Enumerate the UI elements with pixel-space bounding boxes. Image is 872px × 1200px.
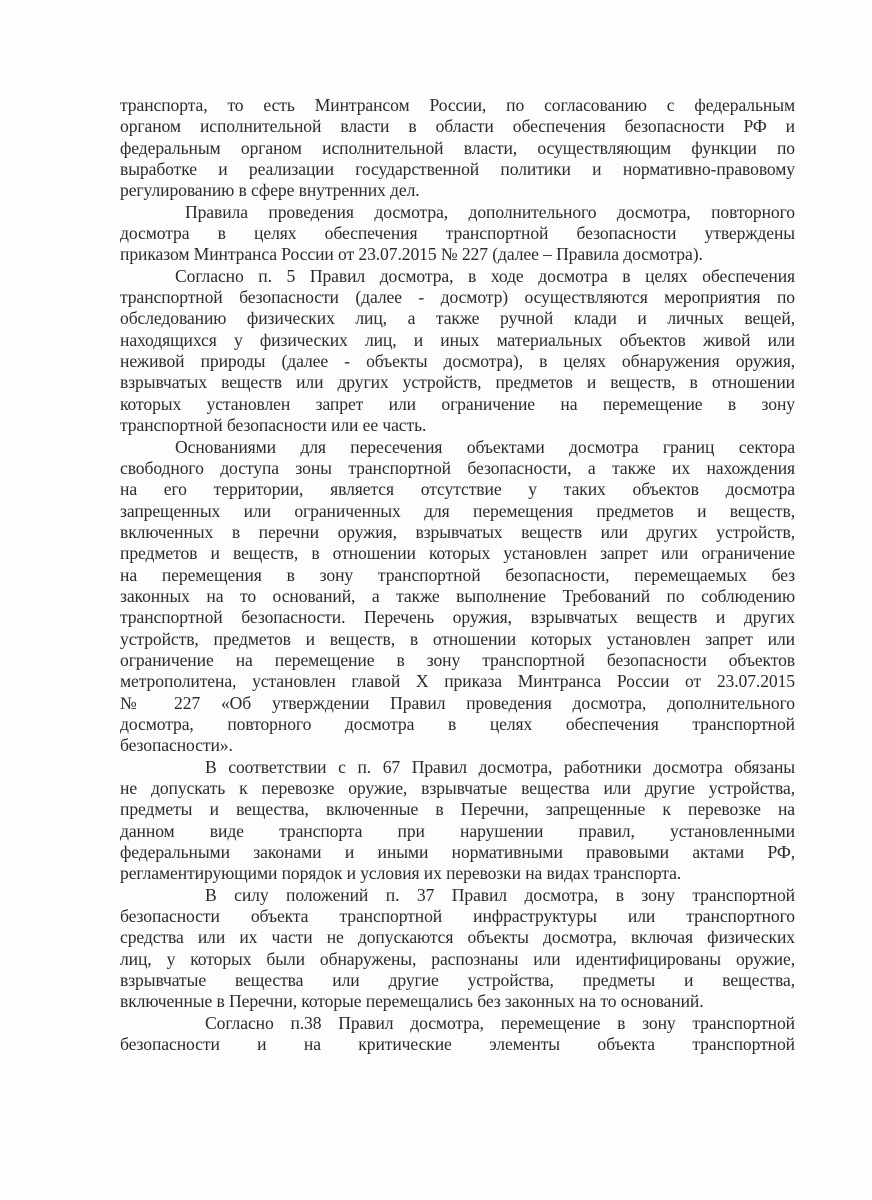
text-line: регламентирующими порядок и условия их п… (120, 863, 795, 884)
text-line: транспортной безопасности или ее часть. (120, 415, 795, 436)
text-line: № 227 «Об утверждении Правил проведения … (120, 693, 795, 714)
text-line: средства или их части не допускаются объ… (120, 927, 795, 948)
text-line: свободного доступа зоны транспортной без… (120, 458, 795, 479)
paragraph-4: В соответствии с п. 67 Правил досмотра, … (120, 757, 795, 885)
text-line: на перемещения в зону транспортной безоп… (120, 565, 795, 586)
text-line: запрещенных или ограниченных для перемещ… (120, 501, 795, 522)
text-line: взрывчатых веществ или других устройств,… (120, 372, 795, 393)
scanned-document-page: транспорта, то есть Минтрансом России, п… (0, 0, 872, 1200)
text-line: транспортной безопасности. Перечень оруж… (120, 607, 795, 628)
paragraph-2: Согласно п. 5 Правил досмотра, в ходе до… (120, 266, 795, 437)
text-line: включенные в Перечни, которые перемещали… (120, 991, 795, 1012)
document-body: транспорта, то есть Минтрансом России, п… (120, 95, 795, 1055)
text-line: предметы и вещества, включенные в Перечн… (120, 799, 795, 820)
paragraph-3: Основаниями для пересечения объектами до… (120, 437, 795, 757)
text-line: безопасности и на критические элементы о… (120, 1034, 795, 1055)
text-line: метрополитена, установлен главой X прика… (120, 671, 795, 692)
text-line: Правила проведения досмотра, дополнитель… (120, 202, 795, 223)
text-line: В силу положений п. 37 Правил досмотра, … (120, 885, 795, 906)
text-line: Согласно п. 5 Правил досмотра, в ходе до… (120, 266, 795, 287)
text-line: лиц, у которых были обнаружены, распозна… (120, 949, 795, 970)
text-line: предметов и веществ, в отношении которых… (120, 543, 795, 564)
text-line: досмотра, повторного досмотра в целях об… (120, 714, 795, 735)
text-line: Основаниями для пересечения объектами до… (120, 437, 795, 458)
text-line: органом исполнительной власти в области … (120, 116, 795, 137)
text-line: которых установлен запрет или ограничени… (120, 394, 795, 415)
text-line: включенных в перечни оружия, взрывчатых … (120, 522, 795, 543)
text-line: взрывчатые вещества или другие устройств… (120, 970, 795, 991)
text-line: ограничение на перемещение в зону трансп… (120, 650, 795, 671)
text-line: регулированию в сфере внутренних дел. (120, 180, 795, 201)
text-line: устройств, предметов и веществ, в отноше… (120, 629, 795, 650)
text-line: безопасности». (120, 735, 795, 756)
paragraph-0: транспорта, то есть Минтрансом России, п… (120, 95, 795, 202)
text-line: выработке и реализации государственной п… (120, 159, 795, 180)
text-line: федеральными законами и иными нормативны… (120, 842, 795, 863)
text-line: обследованию физических лиц, а также руч… (120, 308, 795, 329)
text-line: данном виде транспорта при нарушении пра… (120, 821, 795, 842)
text-line: не допускать к перевозке оружие, взрывча… (120, 778, 795, 799)
text-line: Согласно п.38 Правил досмотра, перемещен… (120, 1013, 795, 1034)
text-line: безопасности объекта транспортной инфрас… (120, 906, 795, 927)
text-line: транспорта, то есть Минтрансом России, п… (120, 95, 795, 116)
text-line: В соответствии с п. 67 Правил досмотра, … (120, 757, 795, 778)
text-line: на его территории, является отсутствие у… (120, 479, 795, 500)
text-line: законных на то оснований, а также выполн… (120, 586, 795, 607)
text-line: федеральным органом исполнительной власт… (120, 138, 795, 159)
paragraph-6: Согласно п.38 Правил досмотра, перемещен… (120, 1013, 795, 1056)
text-line: находящихся у физических лиц, и иных мат… (120, 330, 795, 351)
paragraph-1: Правила проведения досмотра, дополнитель… (120, 202, 795, 266)
text-line: неживой природы (далее - объекты досмотр… (120, 351, 795, 372)
text-line: досмотра в целях обеспечения транспортно… (120, 223, 795, 244)
text-line: приказом Минтранса России от 23.07.2015 … (120, 244, 795, 265)
text-line: транспортной безопасности (далее - досмо… (120, 287, 795, 308)
paragraph-5: В силу положений п. 37 Правил досмотра, … (120, 885, 795, 1013)
